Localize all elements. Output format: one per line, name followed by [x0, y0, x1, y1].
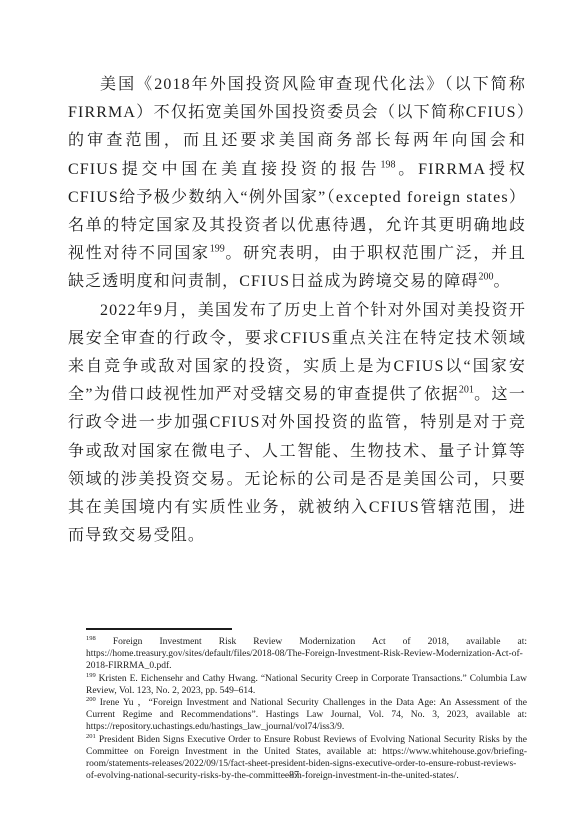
footnote-item: 200 Irene Yu ，“Foreign Investment and Na… — [86, 697, 527, 734]
paragraph: 美国《2018年外国投资风险审查现代化法》（以下简称FIRRMA）不仅拓宽美国外… — [68, 71, 526, 297]
footnote-separator — [86, 628, 232, 630]
footnote-ref: 198 — [380, 159, 395, 170]
footnote-item: 199 Kristen E. Eichensehr and Cathy Hwan… — [86, 673, 527, 697]
page-number: 87 — [0, 770, 588, 782]
document-page: 美国《2018年外国投资风险审查现代化法》（以下简称FIRRMA）不仅拓宽美国外… — [0, 0, 588, 835]
footnotes-section: 198 Foreign Investment Risk Review Moder… — [86, 636, 527, 782]
footnote-number: 199 — [86, 671, 96, 678]
footnote-item: 198 Foreign Investment Risk Review Moder… — [86, 636, 527, 673]
footnote-ref: 199 — [210, 244, 225, 255]
body-text: 美国《2018年外国投资风险审查现代化法》（以下简称FIRRMA）不仅拓宽美国外… — [68, 71, 526, 550]
footnote-ref: 200 — [478, 272, 493, 283]
footnote-number: 201 — [86, 732, 96, 739]
footnote-ref: 201 — [459, 385, 474, 396]
footnote-number: 198 — [86, 635, 96, 642]
footnote-number: 200 — [86, 696, 96, 703]
paragraph: 2022年9月，美国发布了历史上首个针对外国对美投资开展安全审查的行政令，要求C… — [68, 297, 526, 551]
